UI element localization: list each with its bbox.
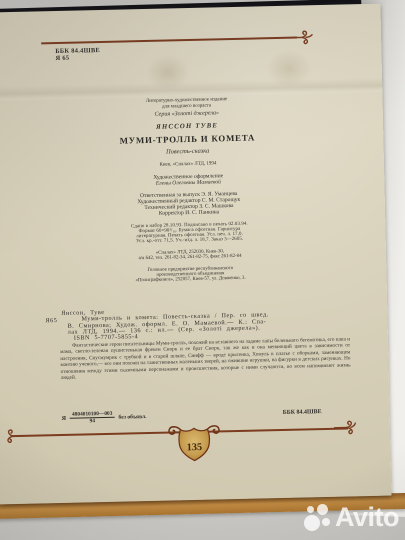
page-number: 135 [187, 442, 203, 453]
avito-dots-icon [304, 504, 330, 531]
page-number-shield: 135 [165, 421, 224, 466]
bbk-author-sign: Я 65 [55, 54, 100, 62]
publisher-contact: «Спалах» ЛТД, 252030, Киев-30, а/я 642, … [0, 246, 386, 266]
header-flourish-icon [289, 28, 313, 47]
copyright-code: Я 4804010100—003 94 без объявл. [62, 410, 147, 425]
copyright-note: без объявл. [118, 414, 146, 421]
paper-stain [265, 49, 312, 88]
footer-right-flourish-icon [334, 418, 356, 435]
bbk-bottom: ББК 84.4ШВЕ [283, 409, 322, 416]
design-credit: Художественное оформление Елены Олеговны… [0, 170, 384, 192]
book-page-photo: ББК 84.4ШВЕ Я 65 Литературно-художествен… [0, 0, 405, 540]
copyright-fraction: 4804010100—003 94 [70, 411, 115, 425]
editorial-credits: Ответственная за выпуск Э. Я. Уманцева Х… [0, 189, 385, 222]
footer-left-flourish-icon [4, 427, 26, 444]
imprint-line: Киев, «Спалах» ЛТД, 1994 [0, 158, 384, 172]
annotation-text: Фантастические герои писательницы Муми-т… [60, 336, 351, 381]
header-rule [41, 37, 297, 44]
copyright-letter: Я [62, 415, 66, 421]
imprint-page: ББК 84.4ШВЕ Я 65 Литературно-художествен… [0, 4, 392, 505]
catalog-index: Я65 [45, 318, 57, 325]
printing-house: Головное предприятие республиканского пр… [0, 263, 387, 287]
bbk-class-line: ББК 84.4ШВЕ [55, 47, 100, 55]
bbk-classification: ББК 84.4ШВЕ Я 65 [55, 47, 100, 62]
avito-watermark: Avito [304, 504, 399, 531]
copyright-denominator: 94 [90, 418, 96, 424]
paper-stain [145, 54, 190, 91]
avito-watermark-text: Avito [335, 504, 399, 531]
print-specifications: Сдано в набор 28.10.93. Подписано в печа… [0, 219, 386, 248]
